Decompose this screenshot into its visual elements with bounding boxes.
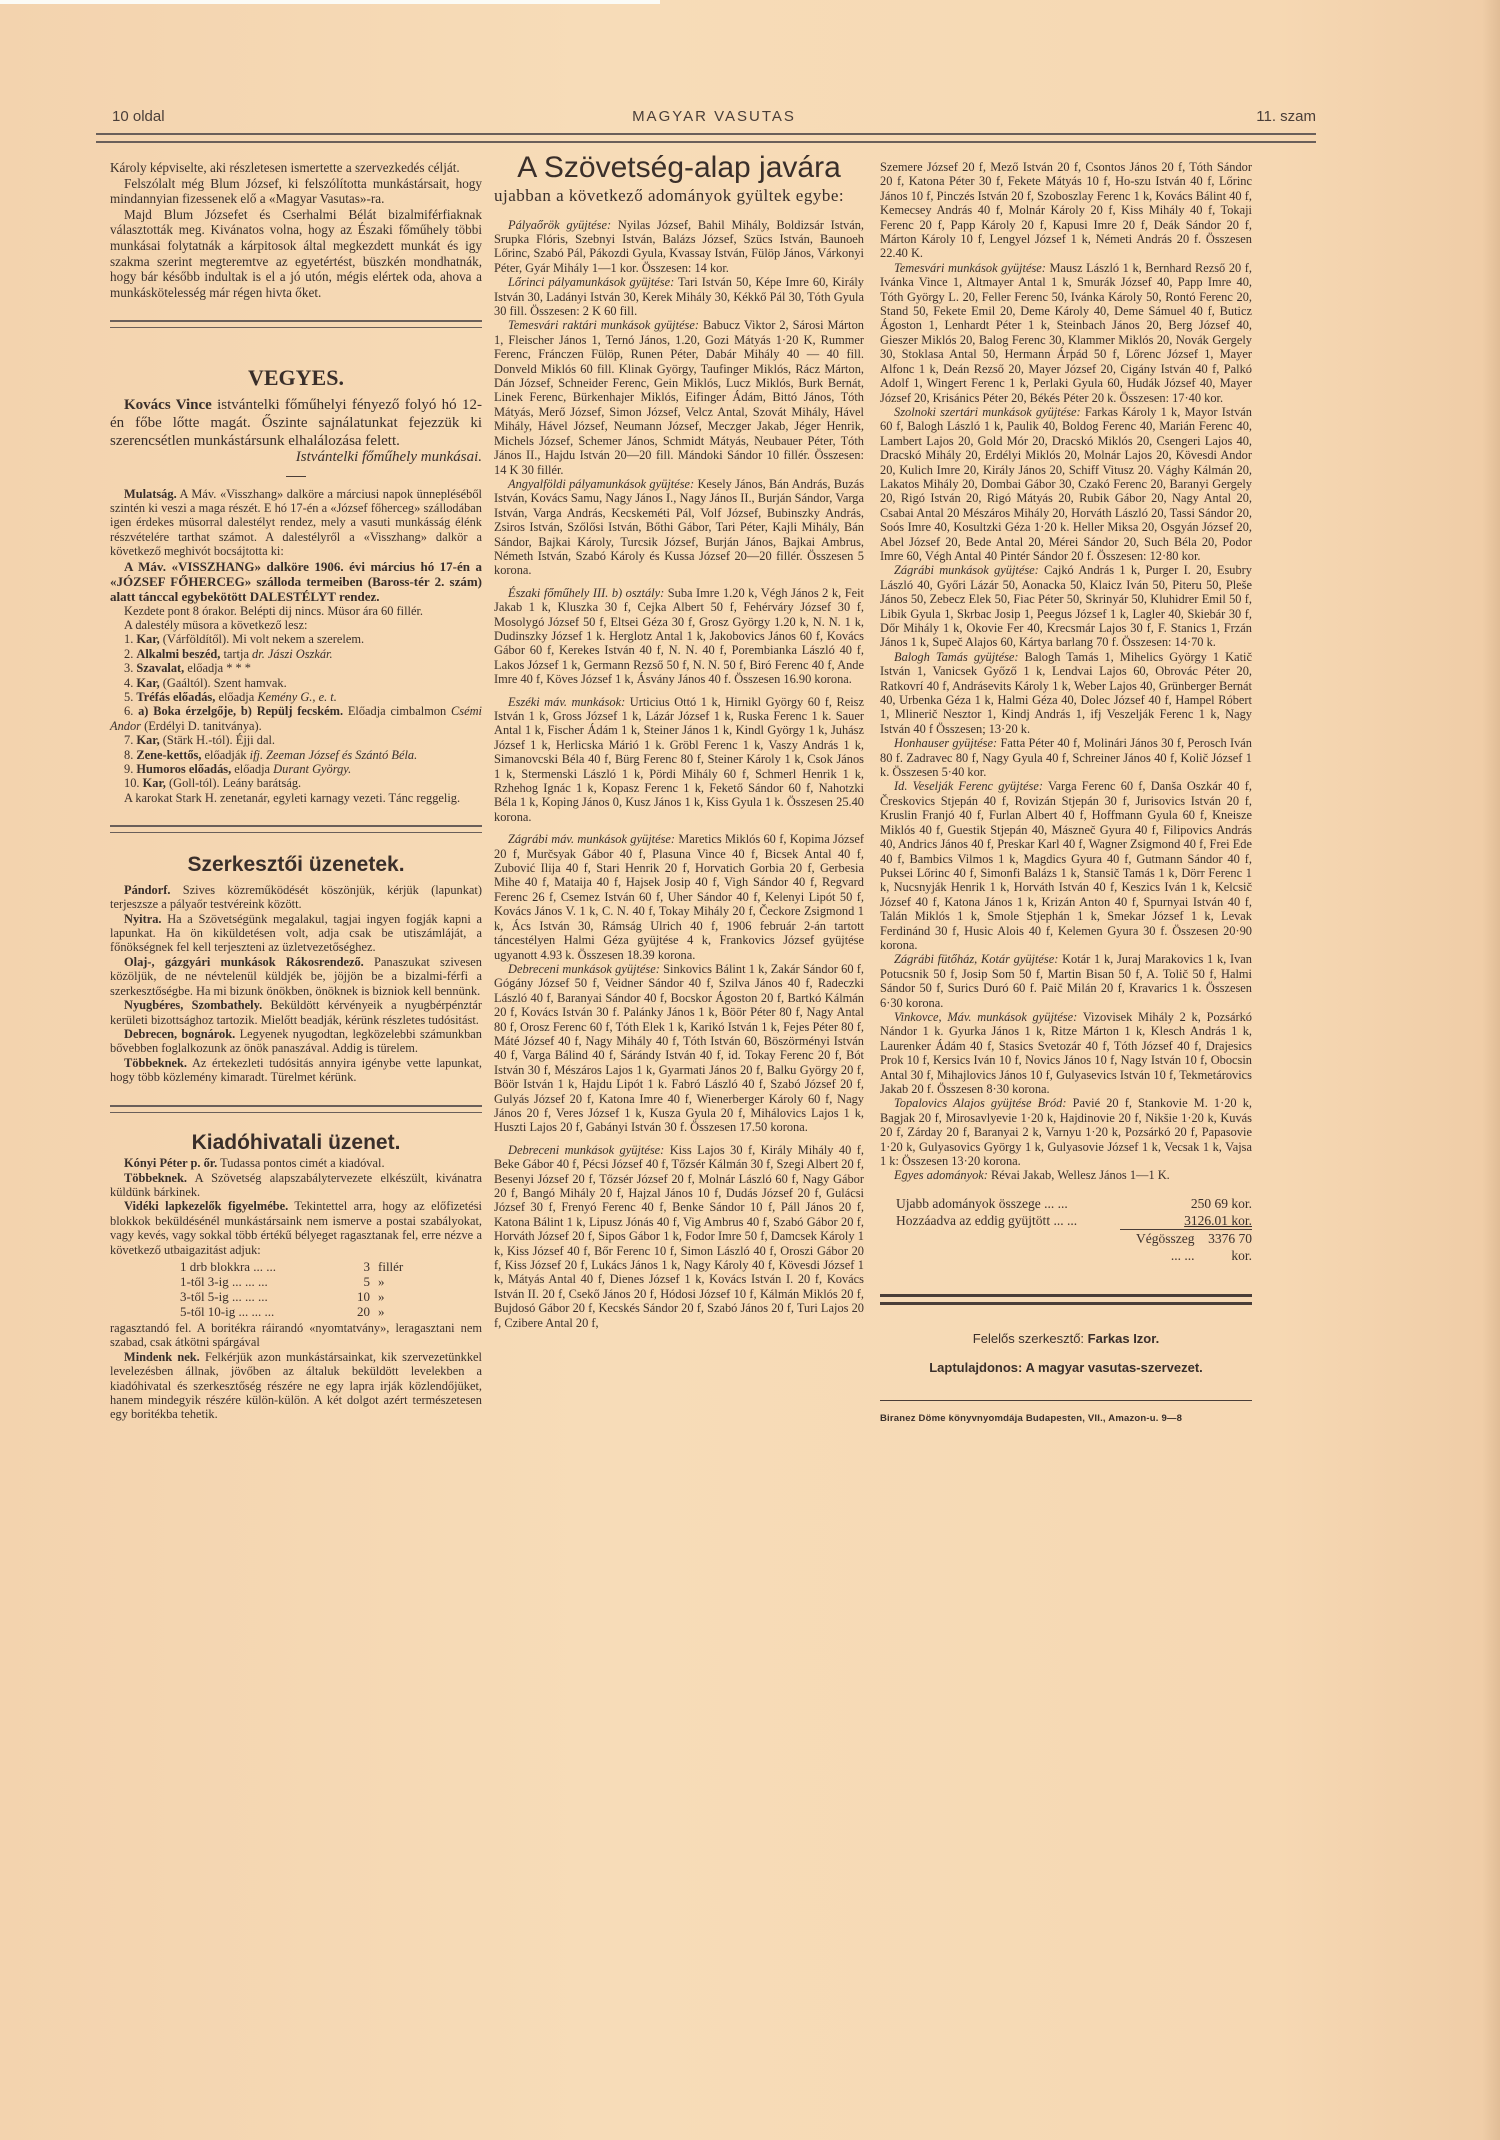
printer-credit: Biranez Döme könyvnyomdája Budapesten, V… [880,1411,1252,1427]
page-header: 10 oldal MAGYAR VASUTAS 11. szam [112,108,1316,130]
donation-list: Angyalföldi pályamunkások gyüjtése: Kese… [494,477,864,578]
donation-list: Lőrinci pályamunkások gyüjtése: Tari Ist… [494,275,864,318]
mulatsag-notice: Mulatság. A Máv. «Visszhang» dalköre a m… [110,487,482,559]
publisher-message: Kónyi Péter p. őr. Tudassa pontos cimét … [110,1156,482,1170]
editor-message: Pándorf. Szives közreműködését köszönjük… [110,883,482,912]
editor-message: Debrecen, bognárok. Legyenek nyugodtan, … [110,1027,482,1056]
article-paragraph: Majd Blum Józsefet és Cserhalmi Bélát bi… [110,207,482,301]
article-paragraph: Felszólalt még Blum József, ki felszólít… [110,176,482,207]
program-item: 8. Zene-kettős, előadják ifj. Zeeman Józ… [110,748,482,762]
section-heading-szerkesztoi: Szerkesztői üzenetek. [110,857,482,873]
program-item: 2. Alkalmi beszéd, tartja dr. Jászi Oszk… [110,647,482,661]
masthead-title: MAGYAR VASUTAS [112,108,1316,125]
donation-list: Vinkovce, Máv. munkások gyüjtése: Vizovi… [880,1010,1252,1096]
section-heading-szovetseg-alap: A Szövetség-alap javára [494,160,864,176]
program-item: 9. Humoros előadás, előadja Durant Györg… [110,762,482,776]
editor-message: Nyugbéres, Szombathely. Beküldött kérvén… [110,998,482,1027]
article-paragraph: Károly képviselte, aki részletesen ismer… [110,160,482,176]
donation-list: Debreceni munkások gyüjtése: Kiss Lajos … [494,1143,864,1330]
program-item: 4. Kar, (Gaáltól). Szent hamvak. [110,676,482,690]
program-list: 1. Kar, (Várföldítől). Mi volt nekem a s… [110,632,482,790]
scan-edge [0,0,660,4]
postage-row: 1-től 3-ig ... ... ...5» [180,1274,482,1289]
program-item: 10. Kar, (Goll-tól). Leány barátság. [110,776,482,790]
donation-list: Temesvári raktári munkások gyüjtése: Bab… [494,318,864,476]
donation-list: Topalovics Alajos gyüjtése Bród: Pavié 2… [880,1096,1252,1168]
imprint-thin-rule [880,1400,1252,1401]
donation-list: Honhauser gyüjtése: Fatta Péter 40 f, Mo… [880,736,1252,779]
section-divider [110,1105,482,1113]
section-lead: ujabban a következő adományok gyültek eg… [494,186,864,206]
publisher-message: Vidéki lapkezelők figyelmébe. Tekintette… [110,1199,482,1257]
donation-list: Zágrábi munkások gyüjtése: Cajkó András … [880,563,1252,649]
section-divider [110,825,482,833]
publisher-owner: Laptulajdonos: A magyar vasutas-szerveze… [880,1360,1252,1376]
column-right: Szemere József 20 f, Mező István 20 f, C… [880,160,1252,1427]
notice-signature: Istvántelki főműhely munkásai. [110,450,482,466]
totals-table: Ujabb adományok összege ... ...250 69 ko… [880,1195,1252,1264]
death-notice: Kovács Vince istvántelki főműhelyi fénye… [110,396,482,450]
postage-table: 1 drb blokkra ... ...3fillér 1-től 3-ig … [180,1259,482,1319]
imprint-rule [880,1294,1252,1305]
column-middle: A Szövetség-alap javára ujabban a követk… [494,160,864,1330]
invitation-text: A Máv. «VISSZHANG» dalköre 1906. évi már… [110,559,482,604]
page-edge-shadow [1482,0,1500,2140]
program-item: 1. Kar, (Várföldítől). Mi volt nekem a s… [110,632,482,646]
publisher-message: Mindenk nek. Felkérjük azon munkástársai… [110,1350,482,1422]
short-divider [286,476,306,477]
program-item: 7. Kar, (Stärk H.-tól). Éjji dal. [110,733,482,747]
notice-name: Kovács Vince [124,397,212,413]
totals-row: Hozzáadva az eddig gyüjtött ... ...3126.… [880,1212,1252,1229]
editor-message: Nyitra. Ha a Szövetségünk megalakul, tag… [110,912,482,955]
responsible-editor: Felelős szerkesztő: Farkas Izor. [880,1331,1252,1347]
donation-list: Szolnoki szertári munkások gyüjtése: Far… [880,405,1252,563]
publisher-note: ragasztandó fel. A boritékra ráirandó «n… [110,1321,482,1350]
grand-total-row: Végösszeg ... ...3376 70 kor. [1120,1229,1252,1264]
program-item: 6. a) Boka érzelgője, b) Repülj fecském.… [110,704,482,733]
donation-list: Eszéki máv. munkások: Urticius Ottó 1 k,… [494,695,864,825]
donation-list: Szemere József 20 f, Mező István 20 f, C… [880,160,1252,261]
start-info: Kezdete pont 8 órakor. Belépti dij nincs… [110,604,482,618]
column-left: Károly képviselte, aki részletesen ismer… [110,160,482,1422]
program-closing: A karokat Stark H. zenetanár, egyleti ka… [110,791,482,805]
postage-row: 1 drb blokkra ... ...3fillér [180,1259,482,1274]
program-item: 3. Szavalat, előadja * * * [110,661,482,675]
donation-list: Zágrábi fütőház, Kotár gyüjtése: Kotár 1… [880,952,1252,1010]
program-item: 5. Tréfás előadás, előadja Kemény G., e.… [110,690,482,704]
issue-number: 11. szam [1256,108,1316,125]
section-heading-kiado: Kiadóhivatali üzenet. [110,1135,482,1151]
donation-list: Zágrábi máv. munkások gyüjtése: Maretics… [494,832,864,962]
donation-list: Debreceni munkások gyüjtése: Sinkovics B… [494,962,864,1135]
section-heading-vegyes: VEGYES. [110,370,482,386]
header-rule [96,133,1316,143]
postage-row: 3-től 5-ig ... ... ...10» [180,1289,482,1304]
editor-message: Többeknek. Az értekezleti tudósitás anny… [110,1056,482,1085]
program-intro: A dalestély müsora a következő lesz: [110,618,482,632]
postage-row: 5-től 10-ig ... ... ...20» [180,1304,482,1319]
imprint: Felelős szerkesztő: Farkas Izor. Laptula… [880,1294,1252,1427]
section-divider [110,320,482,328]
donation-list: Balogh Tamás gyüjtése: Balogh Tamás 1, M… [880,650,1252,736]
donation-list: Egyes adományok: Révai Jakab, Wellesz Já… [880,1168,1252,1182]
publisher-message: Többeknek. A Szövetség alapszabálytervez… [110,1171,482,1200]
donation-list: Pályaőrök gyüjtése: Nyilas József, Bahil… [494,218,864,276]
donation-list: Temesvári munkások gyüjtése: Mausz Lászl… [880,261,1252,405]
editor-message: Olaj-, gázgyári munkások Rákosrendező. P… [110,955,482,998]
donation-list: Északi főműhely III. b) osztály: Suba Im… [494,586,864,687]
totals-row: Ujabb adományok összege ... ...250 69 ko… [880,1195,1252,1212]
newspaper-page: 10 oldal MAGYAR VASUTAS 11. szam Károly … [0,0,1500,2140]
donation-list: Id. Veselják Ferenc gyüjtése: Varga Fere… [880,779,1252,952]
